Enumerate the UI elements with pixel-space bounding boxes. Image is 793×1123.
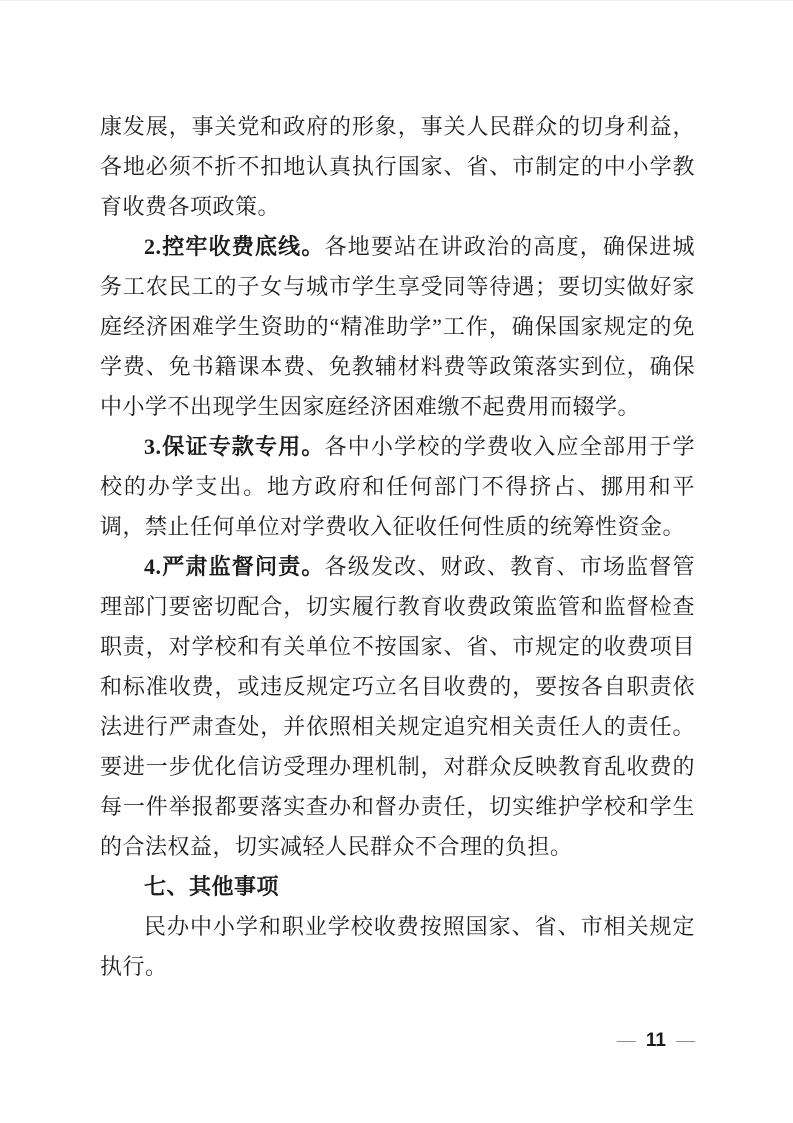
page-number-dash-right: — (676, 1030, 695, 1051)
item-2-lead: 2.控牢收费底线。 (144, 234, 325, 259)
paragraph-continuation: 康发展，事关党和政府的形象，事关人民群众的切身利益，各地必须不折不扣地认真执行国… (100, 107, 695, 227)
paragraph-item-4: 4.严肃监督问责。各级发改、财政、教育、市场监督管理部门要密切配合，切实履行教育… (100, 547, 695, 867)
paragraph-item-3: 3.保证专款专用。各中小学校的学费收入应全部用于学校的办学支出。地方政府和任何部… (100, 427, 695, 547)
document-page: 康发展，事关党和政府的形象，事关人民群众的切身利益，各地必须不折不扣地认真执行国… (0, 0, 793, 1123)
page-number: —11— (100, 1028, 695, 1054)
section-7-heading: 七、其他事项 (100, 867, 695, 907)
page-number-dash-left: — (617, 1030, 636, 1051)
item-4-text: 各级发改、财政、教育、市场监督管理部门要密切配合，切实履行教育收费政策监管和监督… (100, 554, 695, 859)
document-body: 康发展，事关党和政府的形象，事关人民群众的切身利益，各地必须不折不扣地认真执行国… (100, 107, 695, 987)
page-number-value: 11 (646, 1030, 666, 1051)
item-2-text: 各地要站在讲政治的高度，确保进城务工农民工的子女与城市学生享受同等待遇；要切实做… (100, 234, 695, 419)
item-4-lead: 4.严肃监督问责。 (144, 554, 325, 579)
paragraph-item-2: 2.控牢收费底线。各地要站在讲政治的高度，确保进城务工农民工的子女与城市学生享受… (100, 227, 695, 427)
item-3-lead: 3.保证专款专用。 (144, 434, 325, 459)
section-7-paragraph: 民办中小学和职业学校收费按照国家、省、市相关规定执行。 (100, 907, 695, 987)
